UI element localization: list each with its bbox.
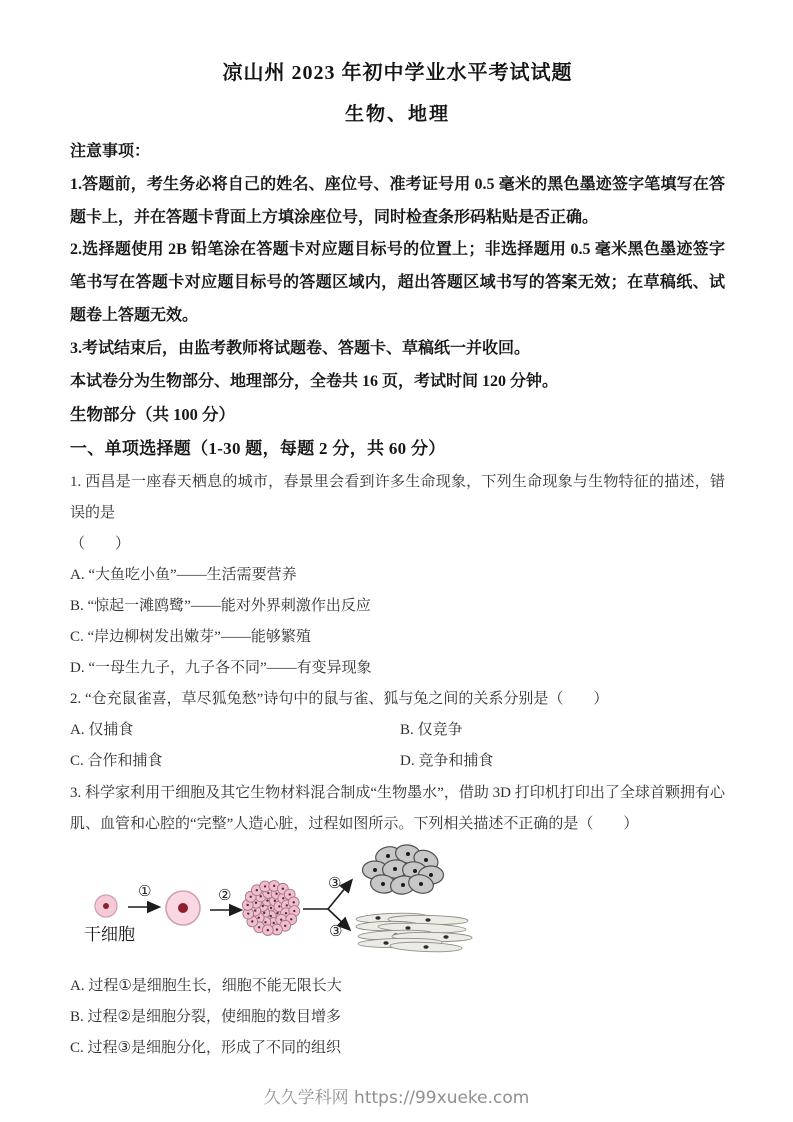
question-2-option-a: A. 仅捕食 — [70, 715, 400, 746]
step-3-lower-label: ③ — [329, 922, 342, 940]
exam-document-page: 凉山州 2023 年初中学业水平考试试题 生物、地理 注意事项： 1.答题前，考… — [0, 0, 793, 1064]
step-2-label: ② — [218, 886, 231, 904]
part-title-biology: 生物部分（共 100 分） — [70, 398, 725, 432]
question-1-answer-bracket: （ ） — [70, 529, 725, 560]
question-3-text: 3. 科学家利用干细胞及其它生物材料混合制成“生物墨水”，借助 3D 打印机打印… — [70, 778, 725, 840]
question-2: 2. “仓充鼠雀喜，草尽狐兔愁”诗句中的鼠与雀、狐与兔之间的关系分别是（ ） A… — [70, 684, 725, 777]
question-2-option-d: D. 竞争和捕食 — [400, 746, 725, 777]
question-3: 3. 科学家利用干细胞及其它生物材料混合制成“生物墨水”，借助 3D 打印机打印… — [70, 778, 725, 1064]
notice-item-3: 3.考试结束后，由监考教师将试题卷、答题卡、草稿纸一并收回。 — [70, 333, 725, 366]
grown-cell-icon — [166, 891, 200, 925]
question-3-option-a: A. 过程①是细胞生长，细胞不能无限长大 — [70, 971, 725, 1002]
cell-cluster-icon — [242, 880, 299, 935]
watermark-text: 久久学科网 https://99xueke.com — [264, 1088, 530, 1108]
notice-heading: 注意事项： — [70, 136, 725, 169]
question-1: 1. 西昌是一座春天栖息的城市，春景里会看到许多生命现象，下列生命现象与生物特征… — [70, 467, 725, 684]
tissue-epithelial-icon — [363, 844, 444, 896]
question-1-option-d: D. “一母生九子，九子各不同”——有变异现象 — [70, 653, 725, 684]
stem-cell-diagram-svg: ① ② ③ ③ — [70, 844, 490, 969]
watermark: 久久学科网 https://99xueke.com — [0, 1083, 793, 1108]
question-2-option-c: C. 合作和捕食 — [70, 746, 400, 777]
page-title: 凉山州 2023 年初中学业水平考试试题 — [70, 56, 725, 85]
step-3-upper-label: ③ — [328, 874, 341, 892]
question-2-option-b: B. 仅竞争 — [400, 715, 725, 746]
step-1-label: ① — [138, 882, 151, 900]
question-1-option-a: A. “大鱼吃小鱼”——生活需要营养 — [70, 560, 725, 591]
page-subtitle: 生物、地理 — [70, 99, 725, 126]
notice-section: 注意事项： 1.答题前，考生务必将自己的姓名、座位号、准考证号用 0.5 毫米的… — [70, 136, 725, 398]
section-title-single-choice: 一、单项选择题（1-30 题，每题 2 分，共 60 分） — [70, 432, 725, 467]
question-1-option-c: C. “岸边柳树发出嫩芽”——能够繁殖 — [70, 622, 725, 653]
stem-cell-small-icon — [95, 895, 117, 917]
stem-cell-diagram: ① ② ③ ③ — [70, 844, 725, 969]
tissue-muscle-icon — [356, 912, 472, 953]
question-2-options: A. 仅捕食 B. 仅竞争 C. 合作和捕食 D. 竞争和捕食 — [70, 715, 725, 777]
question-3-option-b: B. 过程②是细胞分裂，使细胞的数目增多 — [70, 1002, 725, 1033]
stem-cell-label: 干细胞 — [84, 925, 135, 944]
exam-info: 本试卷分为生物部分、地理部分，全卷共 16 页，考试时间 120 分钟。 — [70, 366, 725, 399]
notice-item-1: 1.答题前，考生务必将自己的姓名、座位号、准考证号用 0.5 毫米的黑色墨迹签字… — [70, 169, 725, 235]
question-2-text: 2. “仓充鼠雀喜，草尽狐兔愁”诗句中的鼠与雀、狐与兔之间的关系分别是（ ） — [70, 684, 725, 715]
question-3-option-c: C. 过程③是细胞分化，形成了不同的组织 — [70, 1033, 725, 1064]
question-1-option-b: B. “惊起一滩鸥鹭”——能对外界刺激作出反应 — [70, 591, 725, 622]
notice-item-2: 2.选择题使用 2B 铅笔涂在答题卡对应题目标号的位置上；非选择题用 0.5 毫… — [70, 234, 725, 332]
question-1-text: 1. 西昌是一座春天栖息的城市，春景里会看到许多生命现象，下列生命现象与生物特征… — [70, 467, 725, 529]
